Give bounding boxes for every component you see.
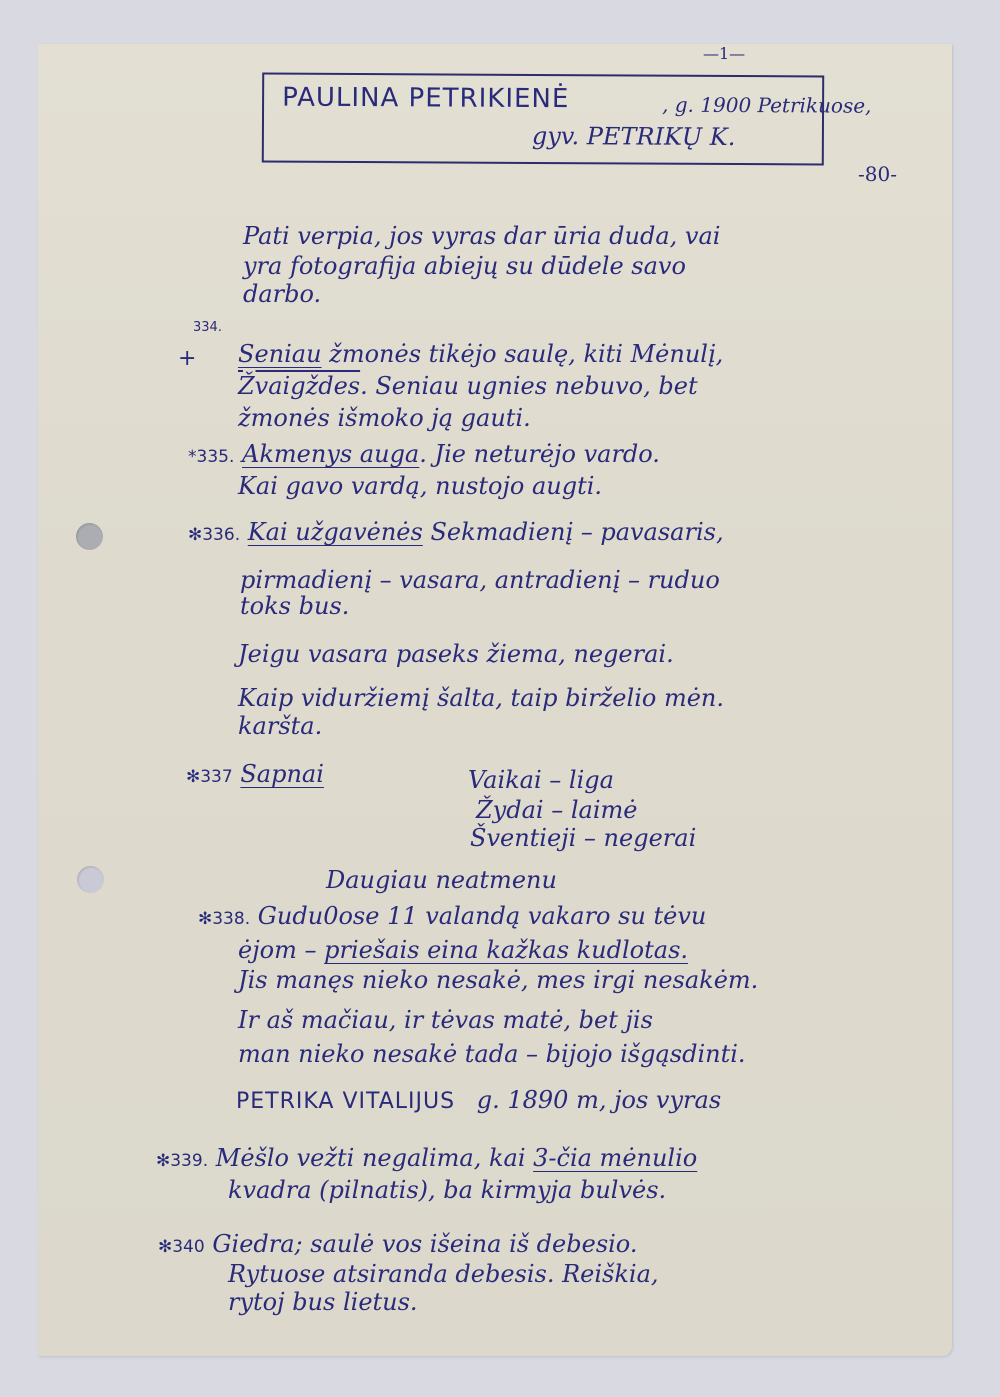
- entry-334-text: žmonės tikėjo saulę, kiti Mėnulį,: [322, 340, 724, 368]
- entry-number-337: ✻337: [186, 767, 233, 787]
- entry-337-title: Sapnai: [240, 760, 324, 788]
- entry-334-line: žmonės išmoko ją gauti.: [238, 404, 531, 432]
- entry-340-line: rytoj bus lietus.: [228, 1288, 418, 1316]
- dream-item: Vaikai – liga: [468, 766, 614, 794]
- entry-339-line: kvadra (pilnatis), ba kirmyja bulvės.: [228, 1176, 666, 1204]
- entry-338-line: Jis manęs nieko nesakė, mes irgi nesakėm…: [238, 966, 758, 994]
- entry-337-line: ✻337 Sapnai: [186, 760, 324, 791]
- informant-name: PAULINA PETRIKIENĖ: [282, 83, 569, 115]
- intro-line: Pati verpia, jos vyras dar ūria duda, va…: [243, 222, 720, 250]
- entry-number-339: ✻339.: [156, 1151, 208, 1171]
- entry-336-title: Kai užgavėnės: [248, 518, 423, 546]
- entry-339-underlined: 3-čia mėnulio: [533, 1144, 697, 1172]
- manuscript-page: —1— PAULINA PETRIKIENĖ , g. 1900 Petriku…: [38, 44, 952, 1356]
- dream-item: Žydai – laimė: [476, 796, 637, 824]
- entry-335-title: Akmenys auga: [242, 440, 419, 468]
- entry-336-line: pirmadienį – vasara, antradienį – ruduo: [240, 566, 720, 594]
- entry-334-line: Seniau žmonės tikėjo saulę, kiti Mėnulį,: [238, 340, 723, 368]
- second-informant-name: PETRIKA VITALIJUS: [236, 1089, 455, 1114]
- entry-338-text: Gudu0ose 11 valandą vakaro su tėvu: [258, 902, 707, 930]
- entry-number-336: ✻336.: [188, 525, 240, 545]
- entry-336-text: Sekmadienį – pavasaris,: [423, 518, 724, 546]
- entry-number-334: 334.: [193, 320, 222, 335]
- entry-334-line: Žvaigždes. Seniau ugnies nebuvo, bet: [238, 372, 698, 400]
- entry-334-text: . Seniau ugnies nebuvo, bet: [360, 372, 698, 400]
- entry-335-line: Kai gavo vardą, nustojo augti.: [238, 472, 602, 500]
- entry-336-line: toks bus.: [240, 592, 349, 620]
- second-informant-line: PETRIKA VITALIJUS g. 1890 m, jos vyras: [236, 1086, 721, 1116]
- entry-338-text: ėjom –: [238, 936, 324, 964]
- punch-hole-bottom: [77, 866, 104, 893]
- entry-340-text: Giedra; saulė vos išeina iš debesio.: [212, 1230, 637, 1258]
- dream-item: Šventieji – negerai: [470, 824, 696, 852]
- intro-line: yra fotografija abiejų su dūdele savo: [243, 252, 686, 280]
- entry-number-335: *335.: [188, 447, 234, 467]
- entry-336-line: Jeigu vasara paseks žiema, negerai.: [238, 640, 674, 668]
- informant-header-box: PAULINA PETRIKIENĖ , g. 1900 Petrikuose,…: [262, 73, 824, 166]
- entry-340-line: ✻340 Giedra; saulė vos išeina iš debesio…: [158, 1230, 637, 1261]
- entry-338-line: man nieko nesakė tada – bijojo išgąsdint…: [238, 1040, 746, 1068]
- entry-number-340: ✻340: [158, 1237, 205, 1257]
- entry-339-line: ✻339. Mėšlo vežti negalima, kai 3-čia mė…: [156, 1144, 697, 1175]
- entry-336-line: ✻336. Kai užgavėnės Sekmadienį – pavasar…: [188, 518, 724, 549]
- informant-residence: gyv. PETRIKŲ K.: [532, 122, 736, 151]
- punch-hole-top: [76, 523, 103, 550]
- entry-339-text: Mėšlo vežti negalima, kai: [216, 1144, 533, 1172]
- entry-340-line: Rytuose atsiranda debesis. Reiškia,: [228, 1260, 659, 1288]
- entry-336-line: Kaip viduržiemį šalta, taip birželio mėn…: [238, 684, 724, 712]
- entry-335-text: . Jie neturėjo vardo.: [419, 440, 660, 468]
- entry-338-line: ėjom – priešais eina kažkas kudlotas.: [238, 936, 688, 964]
- entry-338-line: Ir aš mačiau, ir tėvas matė, bet jis: [238, 1006, 653, 1034]
- informant-birth-info: , g. 1900 Petrikuose,: [662, 93, 871, 118]
- entry-number-338: ✻338.: [198, 909, 250, 929]
- entry-334-title: Seniau: [238, 340, 322, 368]
- entry-marker-plus: +: [178, 346, 196, 371]
- entry-338-underlined: priešais eina kažkas kudlotas.: [324, 936, 688, 964]
- entry-334-word: Žvaigždes: [238, 372, 360, 400]
- entry-338-line: ✻338. Gudu0ose 11 valandą vakaro su tėvu: [198, 902, 706, 933]
- entry-335-line: *335. Akmenys auga. Jie neturėjo vardo.: [188, 440, 660, 471]
- entry-337-footer: Daugiau neatmenu: [326, 866, 557, 894]
- intro-line: darbo.: [243, 280, 321, 308]
- second-informant-details: g. 1890 m, jos vyras: [477, 1086, 721, 1114]
- entry-336-line: karšta.: [238, 712, 322, 740]
- page-marker: —1—: [703, 44, 745, 63]
- page-number: -80-: [858, 162, 897, 186]
